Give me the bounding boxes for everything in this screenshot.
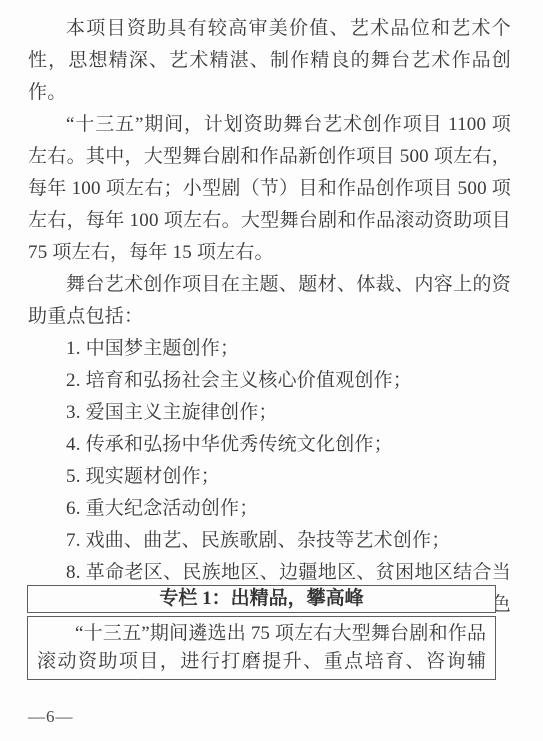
list-item-4: 4. 传承和弘扬中华优秀传统文化创作； [28,429,511,461]
list-item-7: 7. 戏曲、曲艺、民族歌剧、杂技等艺术创作； [28,525,511,557]
page-number: —6— [28,706,74,728]
list-item-6: 6. 重大纪念活动创作； [28,493,511,525]
document-page: 本项目资助具有较高审美价值、艺术品位和艺术个性，思想精深、艺术精湛、制作精良的舞… [0,0,543,741]
callout-box-body: “十三五”期间遴选出 75 项左右大型舞台剧和作品滚动资助项目，进行打磨提升、重… [27,616,496,680]
list-item-2: 2. 培育和弘扬社会主义核心价值观创作； [28,365,511,397]
list-item-1: 1. 中国梦主题创作； [28,333,511,365]
list-item-3: 3. 爱国主义主旋律创作； [28,397,511,429]
paragraph-plan-numbers: “十三五”期间，计划资助舞台艺术创作项目 1100 项左右。其中，大型舞台剧和作… [28,109,511,269]
paragraph-funding-purpose: 本项目资助具有较高审美价值、艺术品位和艺术个性，思想精深、艺术精湛、制作精良的舞… [28,13,511,109]
callout-box-title: 专栏 1：出精品，攀高峰 [27,585,496,613]
callout-box-text: “十三五”期间遴选出 75 项左右大型舞台剧和作品滚动资助项目，进行打磨提升、重… [37,620,486,680]
list-item-5: 5. 现实题材创作； [28,461,511,493]
document-body: 本项目资助具有较高审美价值、艺术品位和艺术个性，思想精深、艺术精湛、制作精良的舞… [28,13,511,653]
callout-box: 专栏 1：出精品，攀高峰 “十三五”期间遴选出 75 项左右大型舞台剧和作品滚动… [27,585,496,680]
paragraph-focus-intro: 舞台艺术创作项目在主题、题材、体裁、内容上的资助重点包括： [28,269,511,333]
